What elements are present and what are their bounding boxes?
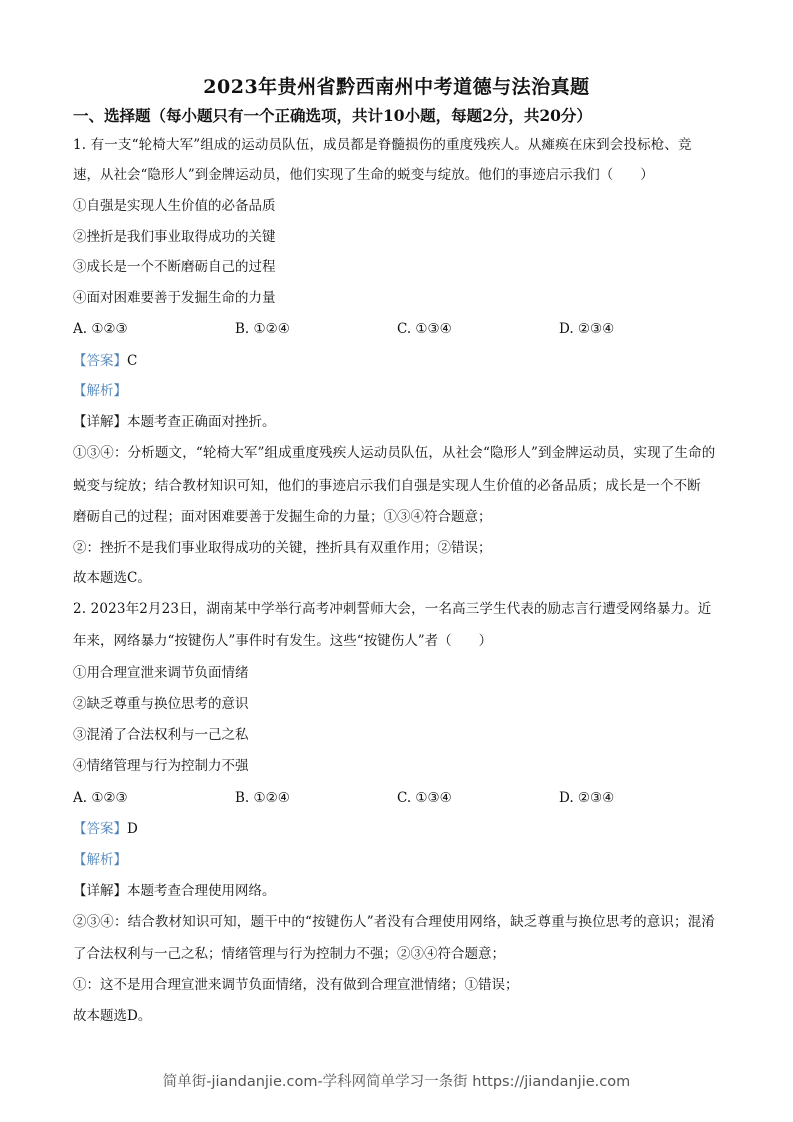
q2-detail-2: ②③④：结合教材知识可知，题干中的“按键伤人”者没有合理使用网络，缺乏尊重与换位… xyxy=(73,913,715,931)
answer-value: D xyxy=(127,821,138,837)
footer-watermark: 简单街-jiandanjie.com-学科网简单学习一条街 https://ji… xyxy=(0,1070,793,1091)
q1-statement-1: ①自强是实现人生价值的必备品质 xyxy=(73,197,276,215)
q2-statement-3: ③混淆了合法权利与一己之私 xyxy=(73,726,249,744)
q1-detail-5: ②：挫折不是我们事业取得成功的关键，挫折具有双重作用；②错误； xyxy=(73,539,492,557)
q1-statement-3: ③成长是一个不断磨砺自己的过程 xyxy=(73,258,276,276)
q1-detail-1: 【详解】本题考查正确面对挫折。 xyxy=(73,413,276,431)
q1-stem-line-2: 速，从社会“隐形人”到金牌运动员，他们实现了生命的蜕变与绽放。他们的事迹启示我们… xyxy=(73,166,654,184)
answer-label: 【答案】 xyxy=(73,353,127,369)
q1-option-b: B. ①②④ xyxy=(235,320,290,338)
answer-value: C xyxy=(127,353,137,369)
q2-statement-2: ②缺乏尊重与换位思考的意识 xyxy=(73,695,249,713)
q2-stem-line-2: 年来，网络暴力“按键伤人”事件时有发生。这些“按键伤人”者（ ） xyxy=(73,632,492,650)
q1-statement-2: ②挫折是我们事业取得成功的关键 xyxy=(73,228,276,246)
q2-option-c: C. ①③④ xyxy=(397,789,452,807)
q2-detail-4: ①：这不是用合理宣泄来调节负面情绪，没有做到合理宣泄情绪；①错误； xyxy=(73,976,519,994)
q2-option-b: B. ①②④ xyxy=(235,789,290,807)
q1-option-a: A. ①②③ xyxy=(73,320,128,338)
q2-option-d: D. ②③④ xyxy=(559,789,614,807)
q1-detail-4: 磨砺自己的过程；面对困难要善于发掘生命的力量；①③④符合题意； xyxy=(73,508,492,526)
q2-detail-1: 【详解】本题考查合理使用网络。 xyxy=(73,882,276,900)
q2-analysis-label: 【解析】 xyxy=(73,851,127,869)
q1-option-c: C. ①③④ xyxy=(397,320,452,338)
q2-detail-5: 故本题选D。 xyxy=(73,1007,151,1025)
q1-analysis-label: 【解析】 xyxy=(73,382,127,400)
q2-answer: 【答案】D xyxy=(73,820,138,838)
q2-statement-4: ④情绪管理与行为控制力不强 xyxy=(73,757,249,775)
q1-stem-line-1: 1. 有一支“轮椅大军”组成的运动员队伍，成员都是脊髓损伤的重度残疾人。从瘫痪在… xyxy=(73,136,692,154)
section-heading: 一、选择题（每小题只有一个正确选项，共计10小题，每题2分，共20分） xyxy=(73,104,592,126)
q1-option-d: D. ②③④ xyxy=(559,320,614,338)
document-page: 2023年贵州省黔西南州中考道德与法治真题 一、选择题（每小题只有一个正确选项，… xyxy=(0,0,793,1122)
q1-detail-6: 故本题选C。 xyxy=(73,569,151,587)
q1-detail-3: 蜕变与绽放；结合教材知识可知，他们的事迹启示我们自强是实现人生价值的必备品质；成… xyxy=(73,477,701,495)
q1-detail-2: ①③④：分析题文，“轮椅大军”组成重度残疾人运动员队伍，从社会“隐形人”到金牌运… xyxy=(73,444,715,462)
document-title: 2023年贵州省黔西南州中考道德与法治真题 xyxy=(0,72,793,99)
q1-statement-4: ④面对困难要善于发掘生命的力量 xyxy=(73,289,276,307)
q1-answer: 【答案】C xyxy=(73,352,137,370)
q2-option-a: A. ①②③ xyxy=(73,789,128,807)
answer-label: 【答案】 xyxy=(73,821,127,837)
q2-statement-1: ①用合理宣泄来调节负面情绪 xyxy=(73,664,249,682)
q2-stem-line-1: 2. 2023年2月23日，湖南某中学举行高考冲刺誓师大会，一名高三学生代表的励… xyxy=(73,600,711,618)
q2-detail-3: 了合法权利与一己之私；情绪管理与行为控制力不强；②③④符合题意； xyxy=(73,945,505,963)
